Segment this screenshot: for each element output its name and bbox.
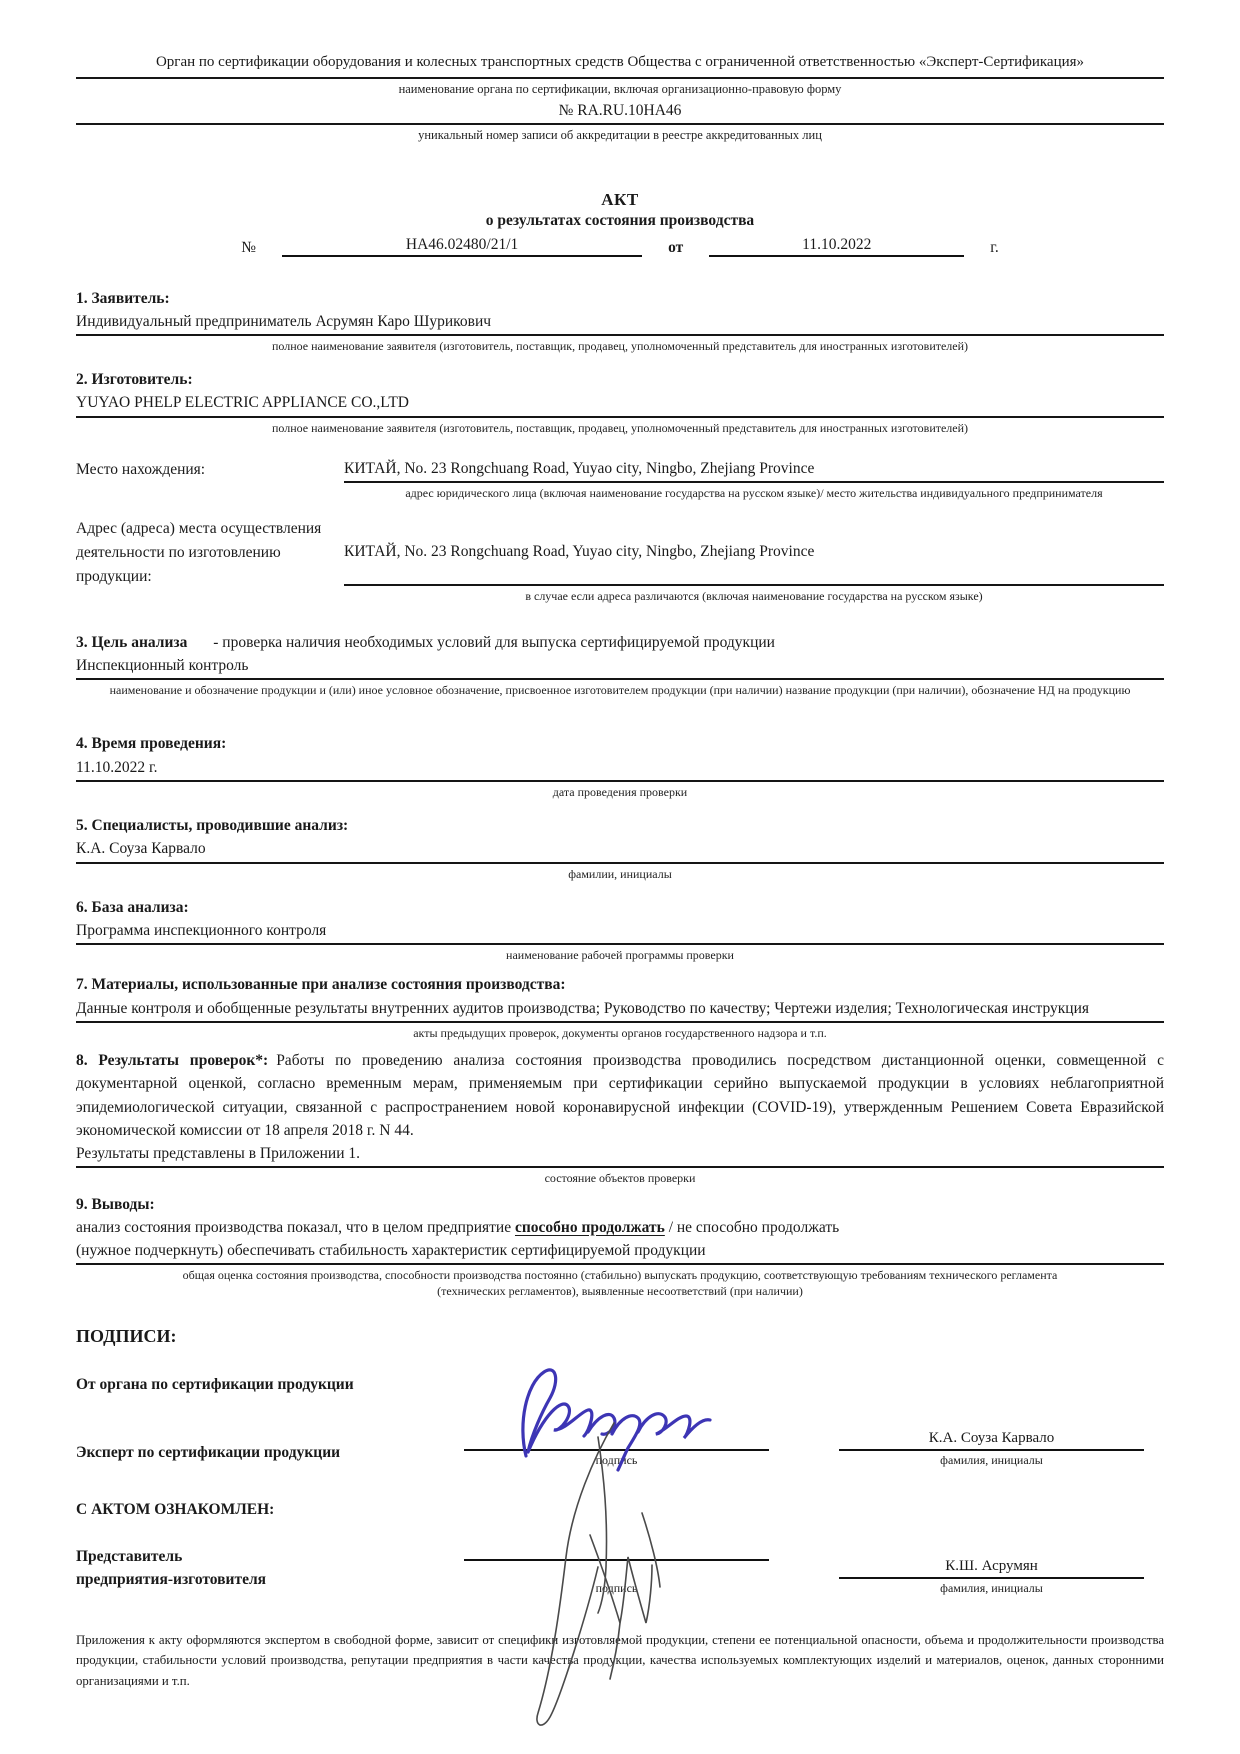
time-value: 11.10.2022 г. xyxy=(76,756,1164,782)
purpose-line2: Инспекционный контроль xyxy=(76,654,1164,680)
expert-name-cell: К.А. Соуза Карвало фамилия, инициалы xyxy=(839,1430,1144,1468)
basis-label: 6. База анализа: xyxy=(76,896,1164,919)
results-caption: состояние объектов проверки xyxy=(76,1170,1164,1186)
header-rule-1 xyxy=(76,77,1164,79)
act-title: АКТ xyxy=(76,190,1164,210)
org-name-caption: наименование органа по сертификации, вкл… xyxy=(76,81,1164,98)
section-conclusions: 9. Выводы: анализ состояния производства… xyxy=(76,1193,1164,1300)
section-time: 4. Время проведения: 11.10.2022 г. дата … xyxy=(76,732,1164,800)
applicant-value: Индивидуальный предприниматель Асрумян К… xyxy=(76,310,1164,336)
expert-label: Эксперт по сертификации продукции xyxy=(76,1441,464,1468)
manufacturer-value: YUYAO PHELP ELECTRIC APPLIANCE CO.,LTD xyxy=(76,391,1164,417)
expert-name-caption: фамилия, инициалы xyxy=(839,1453,1144,1468)
basis-value: Программа инспекционного контроля xyxy=(76,919,1164,945)
manufacturer-label: 2. Изготовитель: xyxy=(76,368,1164,391)
applicant-label: 1. Заявитель: xyxy=(76,287,1164,310)
conclusions-label: 9. Выводы: xyxy=(76,1193,1164,1216)
header: Орган по сертификации оборудования и кол… xyxy=(76,52,1164,144)
accreditation-number: № RA.RU.10НА46 xyxy=(76,102,1164,120)
time-caption: дата проведения проверки xyxy=(76,784,1164,800)
location-label: Место нахождения: xyxy=(76,458,344,501)
location-row: Место нахождения: КИТАЙ, No. 23 Rongchua… xyxy=(76,458,1164,501)
time-label: 4. Время проведения: xyxy=(76,732,1164,755)
conclusions-line2: (нужное подчеркнуть) обеспечивать стабил… xyxy=(76,1239,1164,1265)
act-number-value: НА46.02480/21/1 xyxy=(282,236,642,257)
acknowledged-label: С АКТОМ ОЗНАКОМЛЕН: xyxy=(76,1498,1164,1521)
representative-signature-line xyxy=(464,1559,769,1561)
act-subtitle: о результатах состояния производства xyxy=(76,212,1164,230)
address-value: КИТАЙ, No. 23 Rongchuang Road, Yuyao cit… xyxy=(344,517,1164,563)
from-org-label: От органа по сертификации продукции xyxy=(76,1373,1164,1396)
purpose-inline-value: - проверка наличия необходимых условий д… xyxy=(213,634,775,651)
representative-signature-cell: подпись xyxy=(464,1559,769,1596)
materials-caption: акты предыдущих проверок, документы орга… xyxy=(76,1025,1164,1041)
location-value: КИТАЙ, No. 23 Rongchuang Road, Yuyao cit… xyxy=(344,458,1164,483)
address-caption: в случае если адреса различаются (включа… xyxy=(344,588,1164,604)
section-manufacturer: 2. Изготовитель: YUYAO PHELP ELECTRIC AP… xyxy=(76,368,1164,436)
address-row: Адрес (адреса) места осуществления деяте… xyxy=(76,517,1164,605)
section-basis: 6. База анализа: Программа инспекционног… xyxy=(76,896,1164,964)
document-page: Орган по сертификации оборудования и кол… xyxy=(0,0,1240,1722)
expert-name: К.А. Соуза Карвало xyxy=(839,1430,1144,1449)
basis-caption: наименование рабочей программы проверки xyxy=(76,947,1164,963)
representative-label: Представитель предприятия-изготовителя xyxy=(76,1545,464,1596)
representative-name: К.Ш. Асрумян xyxy=(839,1558,1144,1577)
specialists-value: К.А. Соуза Карвало xyxy=(76,837,1164,863)
representative-name-cell: К.Ш. Асрумян фамилия, инициалы xyxy=(839,1558,1144,1596)
conclusions-suffix: / не способно продолжать xyxy=(665,1219,839,1236)
manufacturer-caption: полное наименование заявителя (изготовит… xyxy=(76,420,1164,436)
act-number-row: № НА46.02480/21/1 от 11.10.2022 г. xyxy=(76,236,1164,257)
act-from-label: от xyxy=(668,239,683,257)
expert-signature-cell: подпись xyxy=(464,1449,769,1468)
results-label: 8. Результаты проверок*: xyxy=(76,1052,268,1069)
specialists-caption: фамилии, инициалы xyxy=(76,866,1164,882)
section-applicant: 1. Заявитель: Индивидуальный предпринима… xyxy=(76,287,1164,355)
results-line2: Результаты представлены в Приложении 1. xyxy=(76,1142,1164,1168)
address-value-cell: КИТАЙ, No. 23 Rongchuang Road, Yuyao cit… xyxy=(344,517,1164,605)
address-rule xyxy=(344,584,1164,586)
expert-signature-caption: подпись xyxy=(464,1453,769,1468)
section-purpose: 3. Цель анализа - проверка наличия необх… xyxy=(76,631,1164,699)
act-year-suffix: г. xyxy=(990,239,998,257)
materials-value: Данные контроля и обобщенные результаты … xyxy=(76,997,1164,1023)
applicant-caption: полное наименование заявителя (изготовит… xyxy=(76,338,1164,354)
location-caption: адрес юридического лица (включая наимено… xyxy=(344,485,1164,501)
signatures-heading: ПОДПИСИ: xyxy=(76,1326,1164,1347)
act-date-value: 11.10.2022 xyxy=(709,236,964,257)
section-materials: 7. Материалы, использованные при анализе… xyxy=(76,973,1164,1041)
representative-signature-row: Представитель предприятия-изготовителя п… xyxy=(76,1545,1164,1596)
title-block: АКТ о результатах состояния производства… xyxy=(76,190,1164,257)
expert-signature-line xyxy=(464,1449,769,1451)
representative-name-line xyxy=(839,1577,1144,1579)
specialists-label: 5. Специалисты, проводившие анализ: xyxy=(76,814,1164,837)
signatures-block: От органа по сертификации продукции Эксп… xyxy=(76,1373,1164,1596)
representative-name-caption: фамилия, инициалы xyxy=(839,1581,1144,1596)
expert-signature-row: Эксперт по сертификации продукции подпис… xyxy=(76,1430,1164,1468)
representative-signature-caption: подпись xyxy=(464,1581,769,1596)
header-rule-2 xyxy=(76,123,1164,125)
act-number-label: № xyxy=(241,239,256,257)
section-specialists: 5. Специалисты, проводившие анализ: К.А.… xyxy=(76,814,1164,882)
conclusions-prefix: анализ состояния производства показал, ч… xyxy=(76,1219,515,1236)
materials-label: 7. Материалы, использованные при анализе… xyxy=(76,973,1164,996)
purpose-caption: наименование и обозначение продукции и (… xyxy=(76,682,1164,698)
footnote-text: Приложения к акту оформляются экспертом … xyxy=(76,1630,1164,1692)
conclusions-caption: общая оценка состояния производства, спо… xyxy=(180,1267,1060,1299)
section-results: 8. Результаты проверок*:Работы по провед… xyxy=(76,1049,1164,1186)
representative-label-line1: Представитель xyxy=(76,1545,464,1568)
conclusions-choice: способно продолжать xyxy=(515,1219,665,1236)
org-name: Орган по сертификации оборудования и кол… xyxy=(140,52,1100,74)
address-label: Адрес (адреса) места осуществления деяте… xyxy=(76,517,344,605)
accreditation-caption: уникальный номер записи об аккредитации … xyxy=(76,127,1164,144)
representative-label-line2: предприятия-изготовителя xyxy=(76,1568,464,1591)
location-value-cell: КИТАЙ, No. 23 Rongchuang Road, Yuyao cit… xyxy=(344,458,1164,501)
expert-name-line xyxy=(839,1449,1144,1451)
purpose-label: 3. Цель анализа xyxy=(76,634,187,651)
